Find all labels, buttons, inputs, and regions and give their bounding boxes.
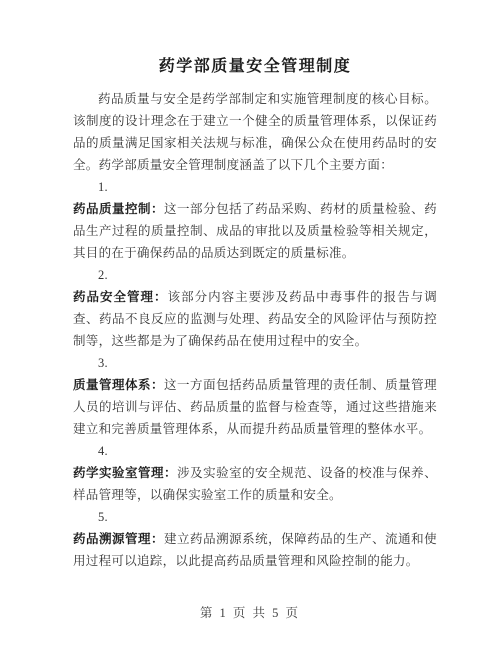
list-item: 2. 药品安全管理：该部分内容主要涉及药品中毒事件的报告与调查、药品不良反应的监… [73, 264, 437, 352]
list-item: 1. 药品质量控制：这一部分包括了药品采购、药材的质量检验、药品生产过程的质量控… [73, 176, 437, 264]
item-paragraph: 质量管理体系：这一方面包括药品质量管理的责任制、质量管理人员的培训与评估、药品质… [73, 374, 437, 440]
list-item: 4. 药学实验室管理：涉及实验室的安全规范、设备的校准与保养、样品管理等，以确保… [73, 440, 437, 506]
item-heading: 药学实验室管理： [73, 466, 177, 480]
item-paragraph: 药品质量控制：这一部分包括了药品采购、药材的质量检验、药品生产过程的质量控制、成… [73, 198, 437, 264]
intro-paragraph: 药品质量与安全是药学部制定和实施管理制度的核心目标。该制度的设计理念在于建立一个… [73, 88, 437, 176]
item-number: 4. [73, 440, 437, 462]
item-heading: 药品安全管理： [73, 290, 168, 304]
list-item: 5. 药品溯源管理：建立药品溯源系统，保障药品的生产、流通和使用过程可以追踪，以… [73, 506, 437, 572]
item-paragraph: 药品溯源管理：建立药品溯源系统，保障药品的生产、流通和使用过程可以追踪，以此提高… [73, 528, 437, 572]
item-number: 5. [73, 506, 437, 528]
list-item: 3. 质量管理体系：这一方面包括药品质量管理的责任制、质量管理人员的培训与评估、… [73, 352, 437, 440]
item-paragraph: 药学实验室管理：涉及实验室的安全规范、设备的校准与保养、样品管理等，以确保实验室… [73, 462, 437, 506]
item-number: 2. [73, 264, 437, 286]
item-heading: 药品溯源管理： [73, 532, 164, 546]
document-page: 药学部质量安全管理制度 药品质量与安全是药学部制定和实施管理制度的核心目标。该制… [0, 0, 500, 647]
item-heading: 药品质量控制： [73, 202, 164, 216]
item-heading: 质量管理体系： [73, 378, 164, 392]
numbered-section-list: 1. 药品质量控制：这一部分包括了药品采购、药材的质量检验、药品生产过程的质量控… [73, 176, 437, 572]
item-number: 3. [73, 352, 437, 374]
page-title: 药学部质量安全管理制度 [73, 56, 437, 78]
item-number: 1. [73, 176, 437, 198]
item-paragraph: 药品安全管理：该部分内容主要涉及药品中毒事件的报告与调查、药品不良反应的监测与处… [73, 286, 437, 352]
page-number-footer: 第 1 页 共 5 页 [0, 604, 500, 622]
